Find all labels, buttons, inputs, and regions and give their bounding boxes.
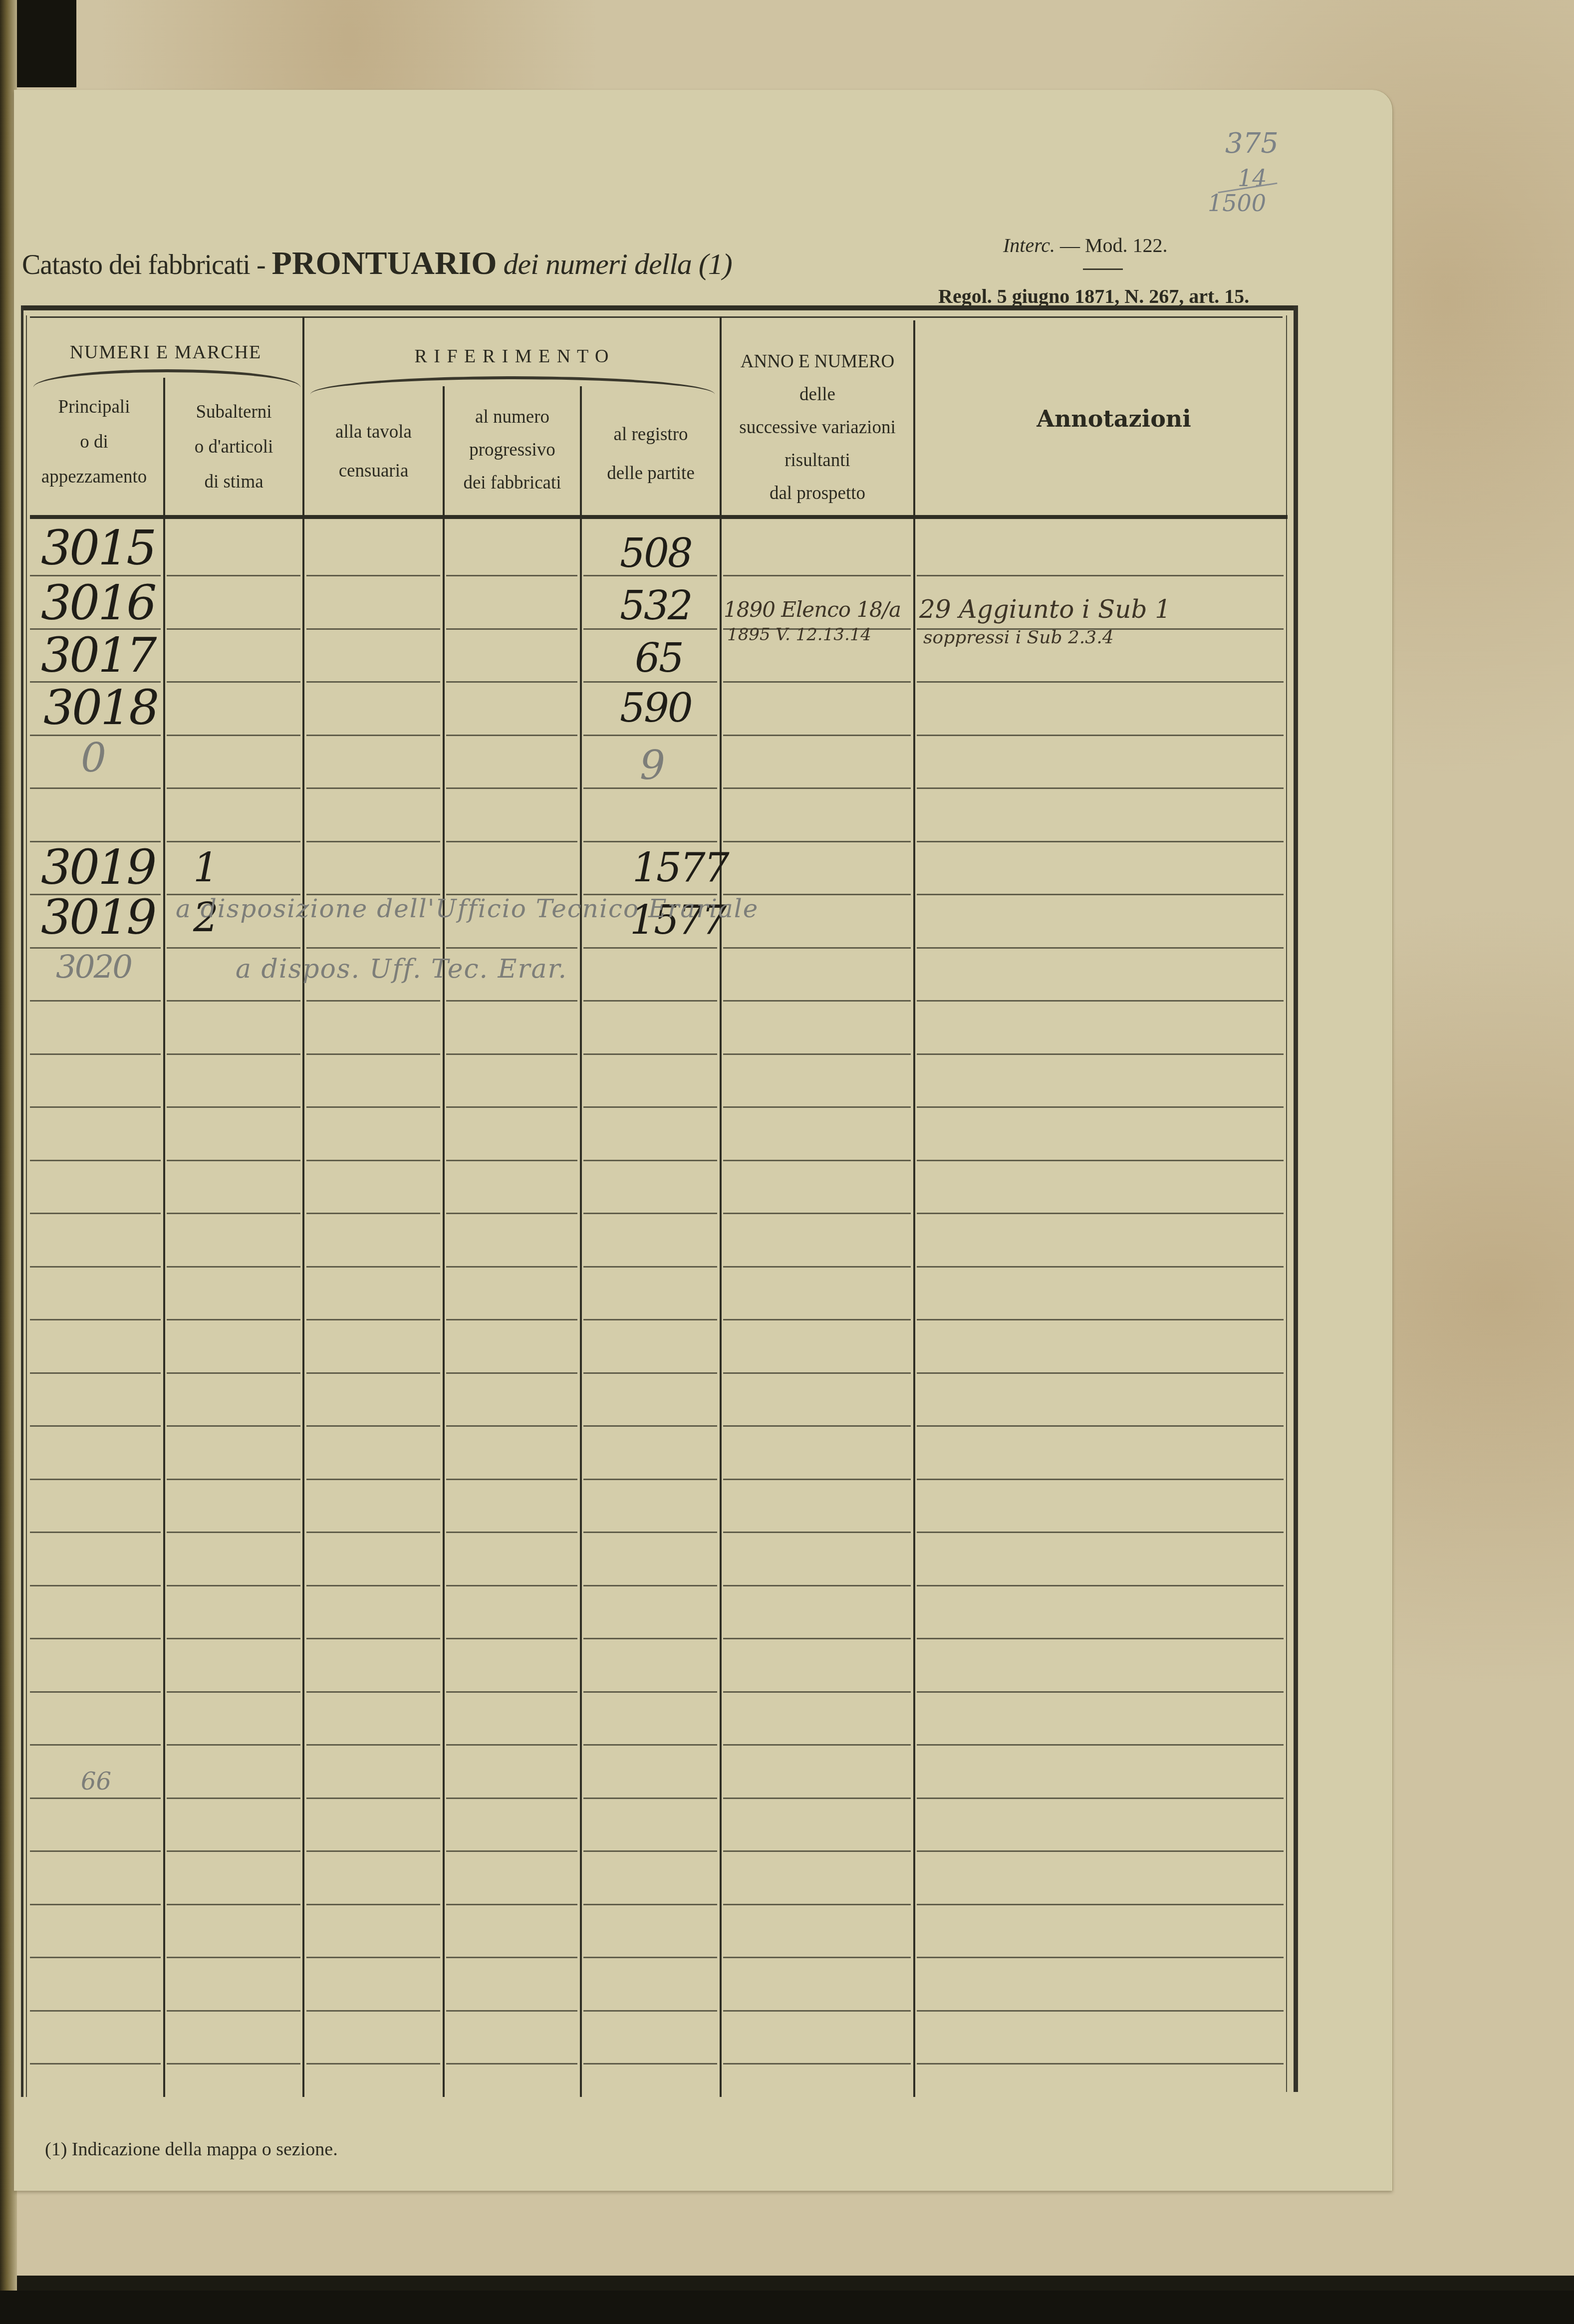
- row-rule: [306, 1850, 440, 1852]
- row-rule: [30, 2063, 161, 2065]
- row-rule: [306, 1744, 440, 1746]
- row-rule: [723, 1638, 911, 1639]
- row-rule: [583, 1798, 717, 1799]
- row-rule: [446, 1213, 577, 1214]
- row-rule: [306, 681, 440, 683]
- row-rule: [446, 1850, 577, 1852]
- row-rule: [306, 1425, 440, 1427]
- row-rule: [167, 1213, 300, 1214]
- entry-registro: 65: [635, 635, 683, 681]
- entry-principali: 3019: [41, 839, 155, 895]
- pencil-mark-line1: 375: [1225, 127, 1279, 160]
- row-rule: [167, 628, 300, 630]
- col-divider-group1: [302, 316, 304, 2097]
- row-rule: [446, 2010, 577, 2012]
- row-rule: [583, 841, 717, 842]
- entry-note: a dispos. Uff. Tec. Erar.: [236, 954, 567, 984]
- row-rule: [306, 1532, 440, 1533]
- row-rule: [583, 1850, 717, 1852]
- row-rule: [30, 1213, 161, 1214]
- row-rule: [917, 681, 1284, 683]
- row-rule: [723, 1319, 911, 1320]
- row-rule: [306, 2063, 440, 2065]
- row-rule: [446, 1372, 577, 1374]
- row-rule: [917, 1744, 1284, 1746]
- row-rule: [446, 1000, 577, 1002]
- row-rule: [917, 1372, 1284, 1374]
- row-rule: [167, 1638, 300, 1639]
- col-divider-sub4: [580, 386, 582, 2097]
- table-top-rule-thin: [30, 316, 1283, 318]
- row-rule: [306, 1585, 440, 1586]
- entry-registro: 532: [620, 582, 692, 629]
- col-header-registro: al registro delle partite: [582, 420, 720, 488]
- row-rule: [30, 1372, 161, 1374]
- row-rule: [917, 841, 1284, 842]
- row-rule: [306, 1372, 440, 1374]
- row-rule: [583, 1372, 717, 1374]
- col-header-variazioni: ANNO E NUMERO delle successive variazion…: [722, 345, 913, 510]
- table-top-rule: [21, 305, 1295, 310]
- pencil-mark-col1: 66: [81, 1768, 111, 1796]
- row-rule: [167, 1372, 300, 1374]
- row-rule: [306, 1798, 440, 1799]
- row-rule: [723, 681, 911, 683]
- row-rule: [723, 1106, 911, 1108]
- row-rule: [30, 1000, 161, 1002]
- row-rule: [306, 1266, 440, 1268]
- entry-principali: 3020: [56, 949, 131, 986]
- row-rule: [306, 2010, 440, 2012]
- row-rule: [306, 1160, 440, 1161]
- row-rule: [30, 1266, 161, 1268]
- row-rule: [723, 1053, 911, 1055]
- torn-corner-shadow: [9, 0, 76, 87]
- row-rule: [167, 787, 300, 789]
- page-title: Catasto dei fabbricati - PRONTUARIO dei …: [22, 245, 732, 282]
- group-title-numeri-e-marche: NUMERI E MARCHE: [31, 341, 300, 363]
- col-divider-group2: [720, 316, 722, 2097]
- col-divider-sub1: [163, 378, 165, 2097]
- footnote: (1) Indicazione della mappa o sezione.: [45, 2138, 338, 2160]
- row-rule: [583, 1213, 717, 1214]
- row-rule: [917, 1479, 1284, 1480]
- row-rule: [30, 1798, 161, 1799]
- row-rule: [446, 1744, 577, 1746]
- row-rule: [446, 1957, 577, 1958]
- row-rule: [583, 1266, 717, 1268]
- row-rule: [446, 1904, 577, 1905]
- row-rule: [583, 1691, 717, 1693]
- row-rule: [917, 1850, 1284, 1852]
- row-rule: [30, 1532, 161, 1533]
- entry-registro: 1577: [632, 844, 728, 891]
- row-rule: [917, 1957, 1284, 1958]
- row-rule: [723, 1160, 911, 1161]
- row-rule: [723, 735, 911, 736]
- scan-bottom-edge: [0, 2291, 1574, 2324]
- row-rule: [167, 1850, 300, 1852]
- row-rule: [583, 1585, 717, 1586]
- entry-variazioni: 1890 Elenco 18/a: [724, 597, 901, 622]
- entry-registro: 508: [620, 530, 692, 576]
- row-rule: [30, 1957, 161, 1958]
- row-rule: [917, 1053, 1284, 1055]
- row-rule: [723, 947, 911, 949]
- row-rule: [583, 1160, 717, 1161]
- row-rule: [917, 2063, 1284, 2065]
- row-rule: [917, 1160, 1284, 1161]
- row-rule: [723, 1425, 911, 1427]
- row-rule: [167, 1904, 300, 1905]
- table-right-border: [1294, 305, 1298, 2092]
- row-rule: [30, 1053, 161, 1055]
- row-rule: [446, 1425, 577, 1427]
- row-rule: [917, 2010, 1284, 2012]
- row-rule: [583, 1904, 717, 1905]
- row-rule: [167, 735, 300, 736]
- row-rule: [723, 787, 911, 789]
- row-rule: [723, 1266, 911, 1268]
- row-rule: [917, 1425, 1284, 1427]
- row-rule: [167, 841, 300, 842]
- row-rule: [446, 1532, 577, 1533]
- row-rule: [723, 1585, 911, 1586]
- row-rule: [306, 1319, 440, 1320]
- row-rule: [167, 2063, 300, 2065]
- row-rule: [723, 1532, 911, 1533]
- row-rule: [306, 787, 440, 789]
- row-rule: [30, 787, 161, 789]
- table-left-border-inner: [26, 315, 27, 2097]
- row-rule: [723, 1957, 911, 1958]
- row-rule: [30, 1319, 161, 1320]
- row-rule: [723, 2063, 911, 2065]
- col-header-annotazioni: Annotazioni: [934, 405, 1294, 432]
- row-rule: [446, 1638, 577, 1639]
- row-rule: [167, 1160, 300, 1161]
- group-title-riferimento: R I F E R I M E N T O: [305, 345, 719, 367]
- row-rule: [446, 1798, 577, 1799]
- row-rule: [583, 1425, 717, 1427]
- row-rule: [167, 1585, 300, 1586]
- row-rule: [917, 894, 1284, 895]
- pencil-mark-line3: 1500: [1208, 190, 1266, 217]
- row-rule: [446, 1585, 577, 1586]
- row-rule: [446, 947, 577, 949]
- row-rule: [167, 2010, 300, 2012]
- row-rule: [446, 1053, 577, 1055]
- entry-annotazioni: 29 Aggiunto i Sub 1: [919, 595, 1171, 624]
- row-rule: [446, 681, 577, 683]
- row-rule: [446, 575, 577, 576]
- row-rule: [583, 1532, 717, 1533]
- col-header-subalterni: Subalterni o d'articoli di stima: [165, 398, 302, 497]
- row-rule: [30, 1106, 161, 1108]
- entry-annotazioni-line2: soppressi i Sub 2.3.4: [923, 627, 1114, 648]
- row-rule: [167, 1532, 300, 1533]
- row-rule: [30, 1850, 161, 1852]
- row-rule: [723, 1691, 911, 1693]
- row-rule: [306, 628, 440, 630]
- row-rule: [723, 1372, 911, 1374]
- row-rule: [306, 1957, 440, 1958]
- title-suffix: dei numeri della (1): [504, 248, 732, 280]
- entry-principali: 3017: [41, 627, 155, 683]
- row-rule: [723, 1744, 911, 1746]
- entry-principali: 3018: [43, 680, 157, 736]
- row-rule: [446, 1106, 577, 1108]
- row-rule: [723, 841, 911, 842]
- row-rule: [446, 628, 577, 630]
- header-divider: [1083, 268, 1123, 270]
- row-rule: [723, 1798, 911, 1799]
- row-rule: [306, 735, 440, 736]
- row-rule: [723, 1904, 911, 1905]
- row-rule: [917, 1213, 1284, 1214]
- row-rule: [167, 1266, 300, 1268]
- row-rule: [167, 1957, 300, 1958]
- col-divider-annot: [913, 320, 915, 2097]
- entry-principali: 3015: [41, 520, 155, 576]
- row-rule: [917, 1691, 1284, 1693]
- row-rule: [306, 947, 440, 949]
- row-rule: [167, 1053, 300, 1055]
- row-rule: [583, 1957, 717, 1958]
- header-bottom-rule: [30, 515, 1288, 519]
- regulation-reference: Regol. 5 giugno 1871, N. 267, art. 15.: [938, 284, 1249, 308]
- row-rule: [583, 735, 717, 736]
- row-rule: [583, 1479, 717, 1480]
- row-rule: [446, 1160, 577, 1161]
- row-rule: [446, 841, 577, 842]
- row-rule: [917, 1638, 1284, 1639]
- row-rule: [917, 1798, 1284, 1799]
- row-rule: [167, 1744, 300, 1746]
- entry-registro: 590: [620, 685, 692, 731]
- row-rule: [917, 1904, 1284, 1905]
- row-rule: [306, 1213, 440, 1214]
- row-rule: [30, 1691, 161, 1693]
- table-right-border-inner: [1286, 315, 1287, 2092]
- row-rule: [723, 1850, 911, 1852]
- prontuario-table: NUMERI E MARCHE R I F E R I M E N T O Pr…: [21, 305, 1299, 2097]
- row-rule: [306, 1106, 440, 1108]
- entry-registro: 9: [640, 742, 664, 788]
- row-rule: [583, 947, 717, 949]
- row-rule: [30, 1425, 161, 1427]
- row-rule: [917, 947, 1284, 949]
- row-rule: [306, 1691, 440, 1693]
- row-rule: [446, 1691, 577, 1693]
- row-rule: [446, 2063, 577, 2065]
- row-rule: [583, 681, 717, 683]
- entry-principali: 3016: [41, 575, 155, 631]
- col-header-principali: Principali o di appezzamento: [25, 393, 163, 492]
- entry-variazioni-line2: 1895 V. 12.13.14: [727, 625, 871, 645]
- row-rule: [167, 1479, 300, 1480]
- row-rule: [30, 947, 161, 949]
- entry-overwritten-note: a disposizione dell'Ufficio Tecnico Erar…: [176, 894, 759, 923]
- row-rule: [446, 735, 577, 736]
- row-rule: [583, 1638, 717, 1639]
- row-rule: [30, 1160, 161, 1161]
- entry-principali: 0: [81, 735, 105, 781]
- row-rule: [723, 1213, 911, 1214]
- row-rule: [30, 1904, 161, 1905]
- row-rule: [30, 1479, 161, 1480]
- row-rule: [30, 2010, 161, 2012]
- col-header-tavola: alla tavola censuaria: [304, 418, 443, 486]
- row-rule: [306, 1053, 440, 1055]
- row-rule: [723, 1000, 911, 1002]
- row-rule: [446, 1266, 577, 1268]
- entry-subalterni: 1: [193, 844, 217, 891]
- row-rule: [583, 1000, 717, 1002]
- row-rule: [306, 1904, 440, 1905]
- entry-principali: 3019: [41, 889, 155, 945]
- row-rule: [167, 1691, 300, 1693]
- row-rule: [917, 1106, 1284, 1108]
- form-code: Interc. — Mod. 122.: [1003, 234, 1168, 257]
- title-prefix: Catasto dei fabbricati -: [22, 250, 265, 280]
- row-rule: [917, 1000, 1284, 1002]
- row-rule: [306, 841, 440, 842]
- row-rule: [917, 735, 1284, 736]
- row-rule: [167, 1106, 300, 1108]
- row-rule: [167, 1319, 300, 1320]
- row-rule: [167, 575, 300, 576]
- row-rule: [583, 2063, 717, 2065]
- row-rule: [30, 1585, 161, 1586]
- row-rule: [917, 1532, 1284, 1533]
- row-rule: [583, 1319, 717, 1320]
- row-rule: [583, 1053, 717, 1055]
- col-divider-sub3: [443, 386, 445, 2097]
- row-rule: [917, 575, 1284, 576]
- row-rule: [167, 1798, 300, 1799]
- row-rule: [167, 947, 300, 949]
- row-rule: [583, 1744, 717, 1746]
- row-rule: [917, 787, 1284, 789]
- row-rule: [446, 1319, 577, 1320]
- row-rule: [917, 1585, 1284, 1586]
- brace-numeri-e-marche: [33, 369, 300, 387]
- title-main: PRONTUARIO: [272, 245, 497, 281]
- row-rule: [583, 2010, 717, 2012]
- row-rule: [306, 1479, 440, 1480]
- row-rule: [306, 575, 440, 576]
- form-code-italic: Interc.: [1003, 234, 1055, 257]
- col-header-progressivo: al numero progressivo dei fabbricati: [445, 403, 580, 498]
- row-rule: [723, 575, 911, 576]
- row-rule: [917, 1319, 1284, 1320]
- brace-riferimento: [310, 376, 715, 394]
- row-rule: [167, 1000, 300, 1002]
- row-rule: [723, 2010, 911, 2012]
- row-rule: [167, 681, 300, 683]
- table-left-border: [21, 305, 23, 2097]
- row-rule: [167, 1425, 300, 1427]
- row-rule: [446, 1479, 577, 1480]
- row-rule: [446, 787, 577, 789]
- row-rule: [583, 1106, 717, 1108]
- row-rule: [917, 1266, 1284, 1268]
- row-rule: [723, 1479, 911, 1480]
- row-rule: [306, 1000, 440, 1002]
- row-rule: [30, 1744, 161, 1746]
- form-code-number: — Mod. 122.: [1060, 234, 1168, 257]
- row-rule: [306, 1638, 440, 1639]
- row-rule: [30, 1638, 161, 1639]
